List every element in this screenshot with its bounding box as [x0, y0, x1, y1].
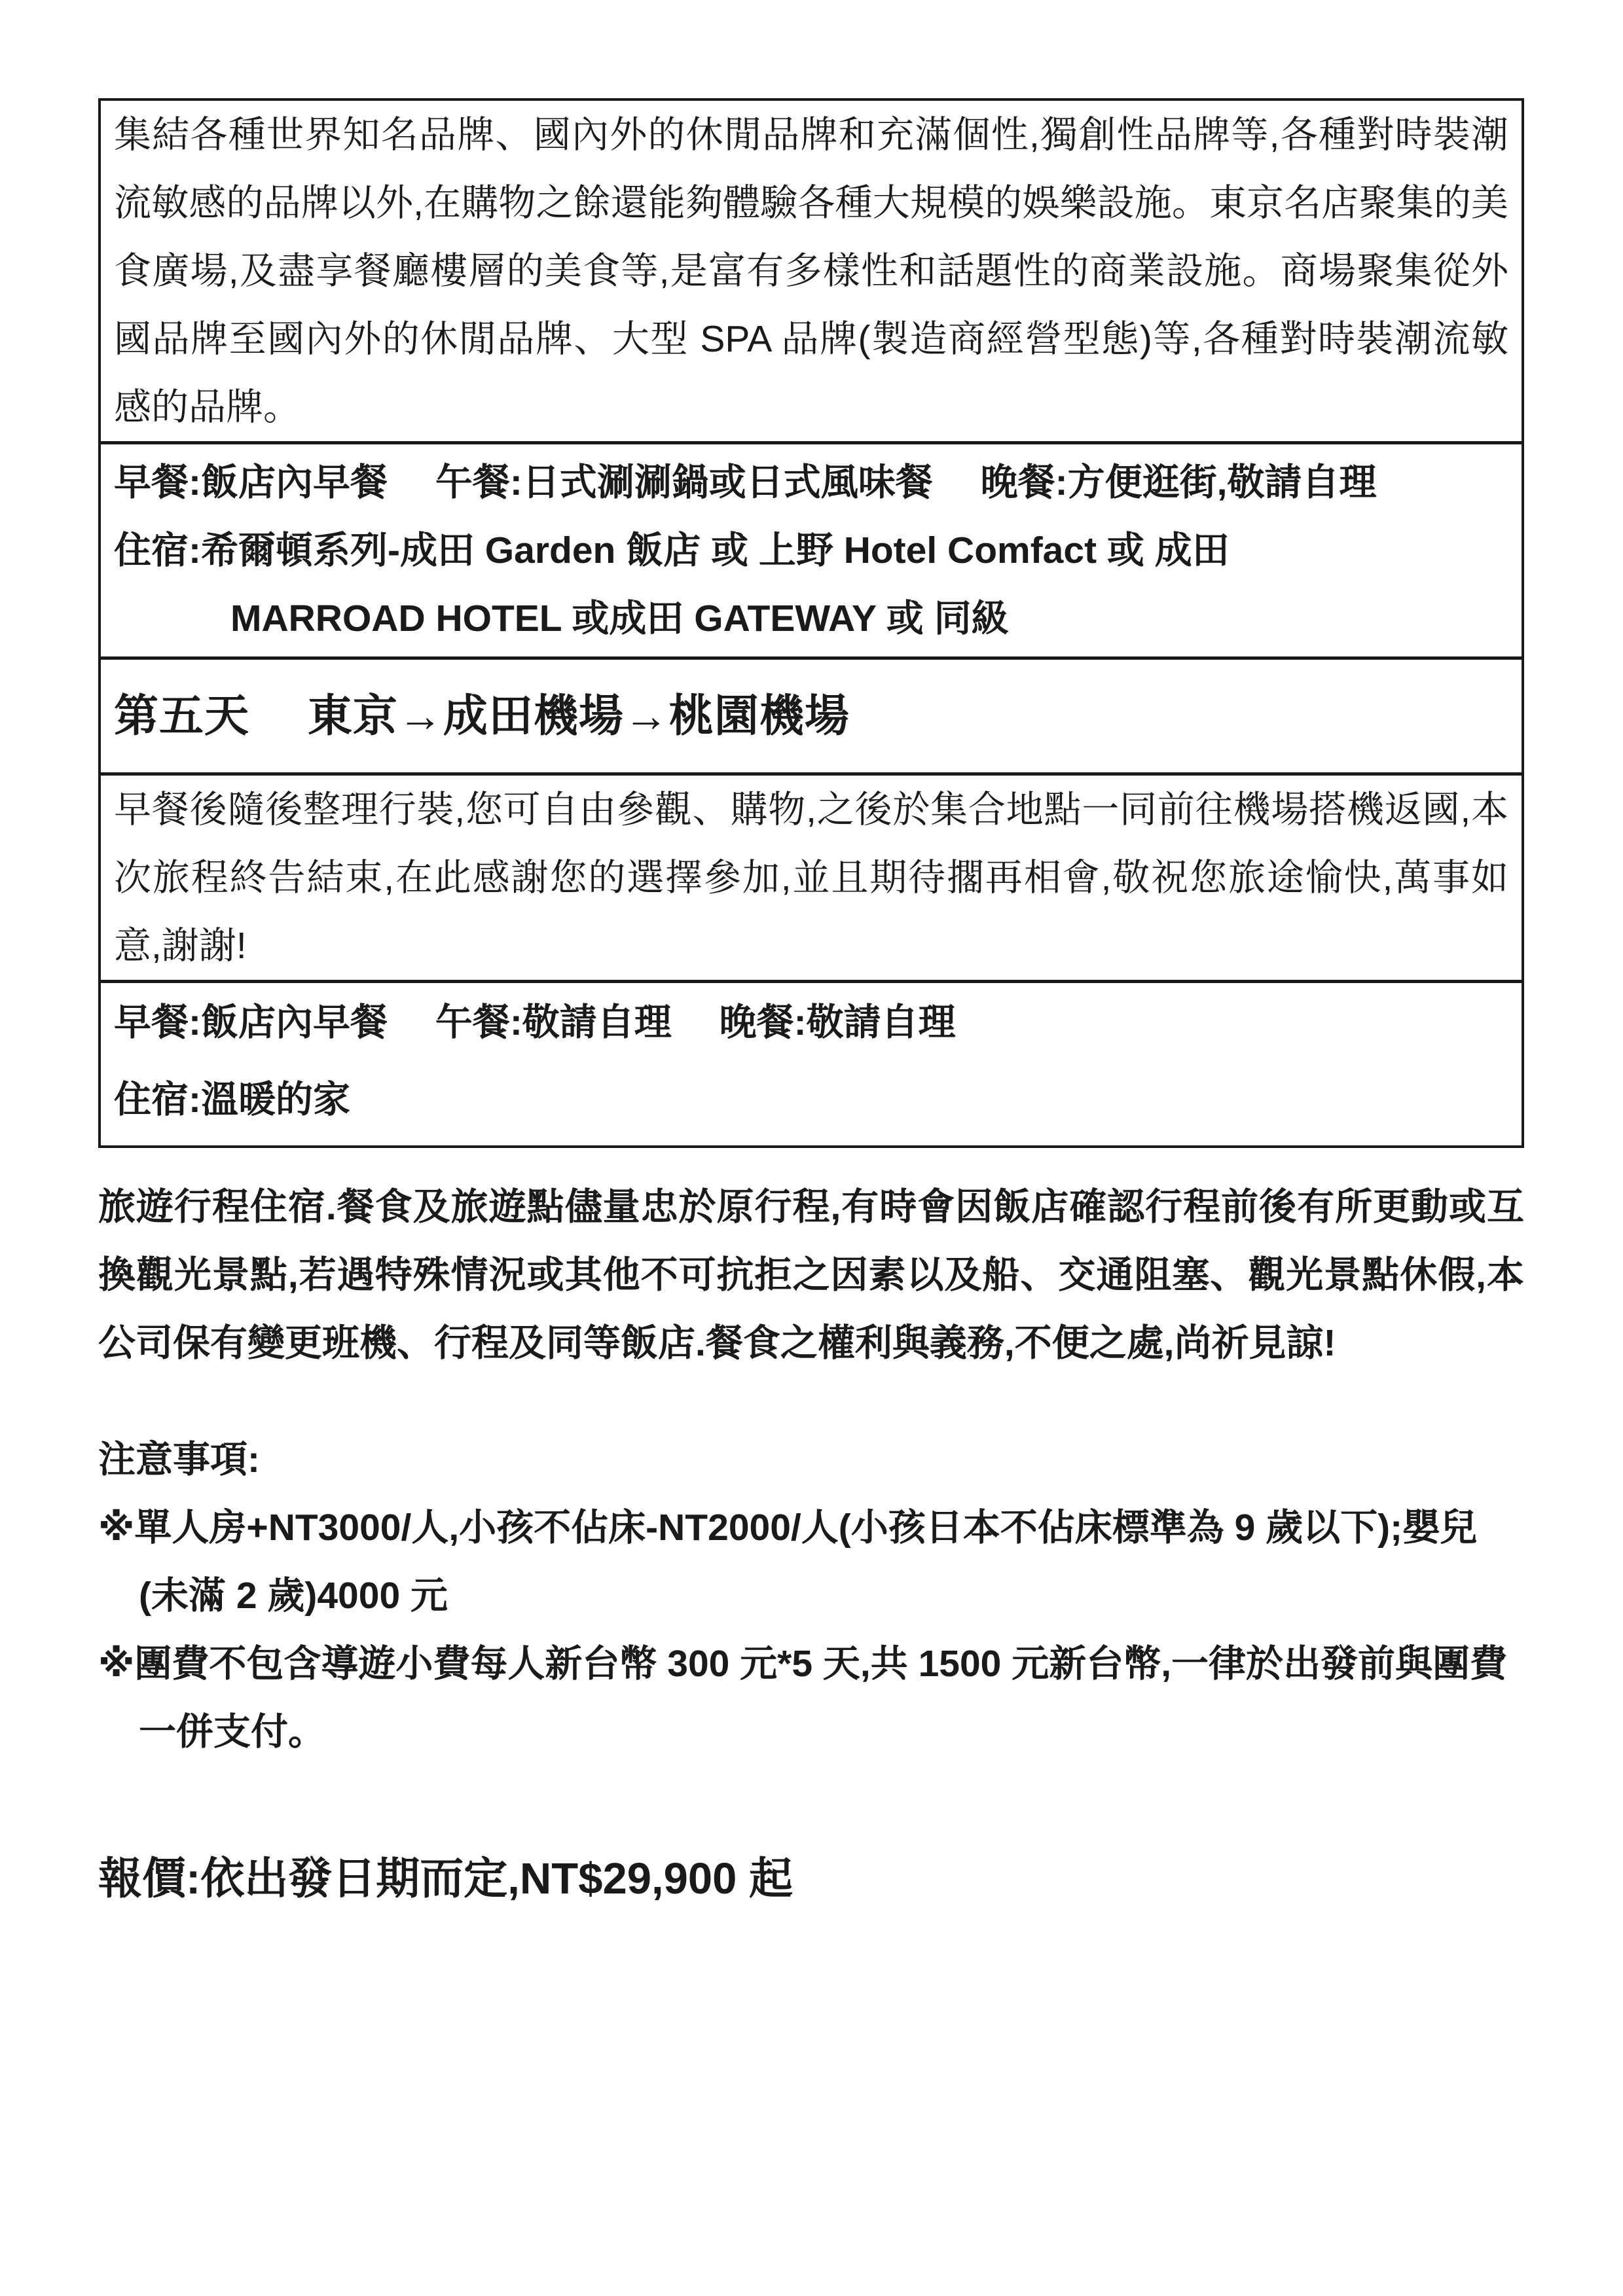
day5-header-cell: 第五天 東京→成田機場→桃園機場 — [101, 656, 1522, 772]
day4-hotel-line-1: 住宿:希爾頓系列-成田 Garden 飯店 或 上野 Hotel Comfact… — [114, 516, 1508, 584]
note-item-tip-fee: ※團費不包含導遊小費每人新台幣 300 元*5 天,共 1500 元新台幣,一律… — [98, 1630, 1524, 1766]
itinerary-table: 集結各種世界知名品牌、國內外的休閒品牌和充滿個性,獨創性品牌等,各種對時裝潮流敏… — [98, 98, 1524, 1148]
day5-meals-hotel-cell: 早餐:飯店內早餐 午餐:敬請自理 晚餐:敬請自理 住宿:溫暖的家 — [101, 980, 1522, 1145]
notes-heading: 注意事項: — [98, 1426, 1524, 1494]
day4-hotel-line-2: MARROAD HOTEL 或成田 GATEWAY 或 同級 — [114, 584, 1508, 653]
day5-description-cell: 早餐後隨後整理行裝,您可自由參觀、購物,之後於集合地點一同前往機場搭機返國,本次… — [101, 772, 1522, 980]
note-item-single-room: ※單人房+NT3000/人,小孩不佔床-NT2000/人(小孩日本不佔床標準為 … — [98, 1494, 1524, 1630]
day4-meals-line: 早餐:飯店內早餐 午餐:日式涮涮鍋或日式風味餐 晚餐:方便逛街,敬請自理 — [114, 448, 1508, 516]
day5-meals-line: 早餐:飯店內早餐 午餐:敬請自理 晚餐:敬請自理 — [114, 988, 1508, 1056]
price-line: 報價:依出發日期而定,NT$29,900 起 — [98, 1839, 1524, 1919]
day5-hotel-line: 住宿:溫暖的家 — [114, 1066, 1508, 1134]
page-content: 集結各種世界知名品牌、國內外的休閒品牌和充滿個性,獨創性品牌等,各種對時裝潮流敏… — [98, 98, 1524, 1919]
day4-meals-hotel-cell: 早餐:飯店內早餐 午餐:日式涮涮鍋或日式風味餐 晚餐:方便逛街,敬請自理 住宿:… — [101, 441, 1522, 656]
itinerary-document-page: 集結各種世界知名品牌、國內外的休閒品牌和充滿個性,獨創性品牌等,各種對時裝潮流敏… — [0, 0, 1623, 2296]
disclaimer-paragraph: 旅遊行程住宿.餐食及旅遊點儘量忠於原行程,有時會因飯店確認行程前後有所更動或互換… — [98, 1173, 1524, 1377]
notes-section: 注意事項: ※單人房+NT3000/人,小孩不佔床-NT2000/人(小孩日本不… — [98, 1426, 1524, 1766]
mall-description-cell: 集結各種世界知名品牌、國內外的休閒品牌和充滿個性,獨創性品牌等,各種對時裝潮流敏… — [101, 101, 1522, 441]
